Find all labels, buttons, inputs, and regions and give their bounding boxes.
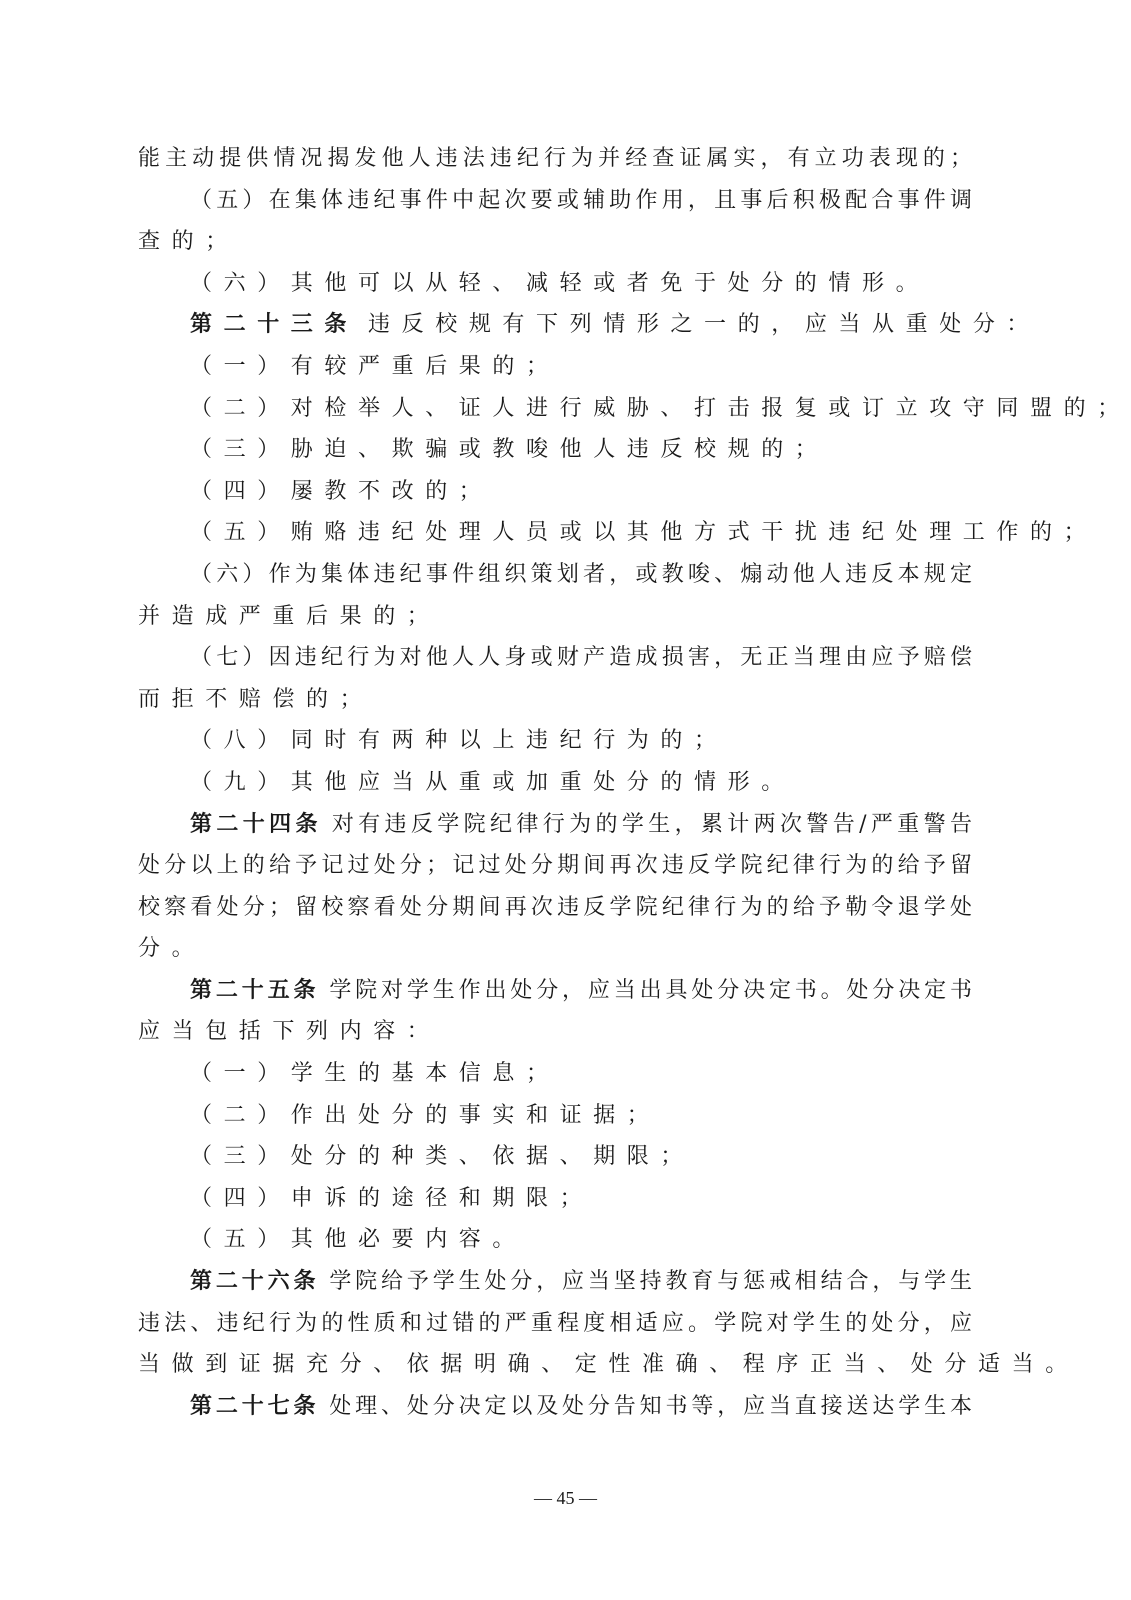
paragraph-line: 能主动提供情况揭发他人违法违纪行为并经查证属实，有立功表现的； (138, 138, 972, 180)
article-text: 学院对学生作出处分，应当出具处分决定书。处分决定书 (329, 978, 972, 1003)
paragraph-line: 而拒不赔偿的； (138, 679, 972, 721)
list-item-line: （五）在集体违纪事件中起次要或辅助作用，且事后积极配合事件调 (138, 180, 972, 222)
document-body: 能主动提供情况揭发他人违法违纪行为并经查证属实，有立功表现的； （五）在集体违纪… (138, 138, 972, 1427)
list-item-line: （四）屡教不改的； (138, 471, 972, 513)
article-text: 处理、处分决定以及处分告知书等，应当直接送达学生本 (329, 1394, 972, 1419)
list-item-line: （九）其他应当从重或加重处分的情形。 (138, 762, 972, 804)
list-item-line: （五）其他必要内容。 (138, 1219, 972, 1261)
article-text: 对有违反学院纪律行为的学生，累计两次警告/严重警告 (332, 812, 972, 837)
article-23-heading-line: 第二十三条违反校规有下列情形之一的，应当从重处分： (138, 304, 972, 346)
list-item-line: （六）作为集体违纪事件组织策划者，或教唆、煽动他人违反本规定 (138, 554, 972, 596)
list-item-line: （六）其他可以从轻、减轻或者免于处分的情形。 (138, 263, 972, 305)
paragraph-line: 应当包括下列内容： (138, 1011, 972, 1053)
list-item-line: （一）学生的基本信息； (138, 1053, 972, 1095)
article-text: 学院给予学生处分，应当坚持教育与惩戒相结合，与学生 (329, 1269, 972, 1294)
list-item-line: （三）处分的种类、依据、期限； (138, 1136, 972, 1178)
article-26-heading-line: 第二十六条学院给予学生处分，应当坚持教育与惩戒相结合，与学生 (138, 1261, 972, 1303)
list-item-line: （三）胁迫、欺骗或教唆他人违反校规的； (138, 429, 972, 471)
article-27-heading-line: 第二十七条处理、处分决定以及处分告知书等，应当直接送达学生本 (138, 1386, 972, 1428)
document-page: 能主动提供情况揭发他人违法违纪行为并经查证属实，有立功表现的； （五）在集体违纪… (0, 0, 1131, 1600)
paragraph-line: 处分以上的给予记过处分；记过处分期间再次违反学院纪律行为的给予留 (138, 845, 972, 887)
list-item-line: （八）同时有两种以上违纪行为的； (138, 720, 972, 762)
article-title: 第二十六条 (190, 1268, 319, 1294)
list-item-line: （四）申诉的途径和期限； (138, 1178, 972, 1220)
paragraph-line: 并造成严重后果的； (138, 596, 972, 638)
article-25-heading-line: 第二十五条学院对学生作出处分，应当出具处分决定书。处分决定书 (138, 970, 972, 1012)
page-number: — 45 — (0, 1488, 1131, 1509)
article-24-heading-line: 第二十四条对有违反学院纪律行为的学生，累计两次警告/严重警告 (138, 804, 972, 846)
paragraph-line: 违法、违纪行为的性质和过错的严重程度相适应。学院对学生的处分，应 (138, 1303, 972, 1345)
article-title: 第二十七条 (190, 1393, 319, 1419)
article-title: 第二十四条 (190, 811, 322, 837)
list-item-line: （五）贿赂违纪处理人员或以其他方式干扰违纪处理工作的； (138, 512, 972, 554)
article-title: 第二十五条 (190, 977, 319, 1003)
paragraph-line: 当做到证据充分、依据明确、定性准确、程序正当、处分适当。 (138, 1344, 972, 1386)
paragraph-line: 校察看处分；留校察看处分期间再次违反学院纪律行为的给予勒令退学处 (138, 887, 972, 929)
list-item-line: （二）对检举人、证人进行威胁、打击报复或订立攻守同盟的； (138, 388, 972, 430)
list-item-line: （七）因违纪行为对他人人身或财产造成损害，无正当理由应予赔偿 (138, 637, 972, 679)
article-text: 违反校规有下列情形之一的，应当从重处分： (368, 312, 1040, 337)
paragraph-line: 分。 (138, 928, 972, 970)
list-item-line: （二）作出处分的事实和证据； (138, 1095, 972, 1137)
list-item-line: （一）有较严重后果的； (138, 346, 972, 388)
article-title: 第二十三条 (190, 311, 358, 337)
paragraph-line: 查的； (138, 221, 972, 263)
